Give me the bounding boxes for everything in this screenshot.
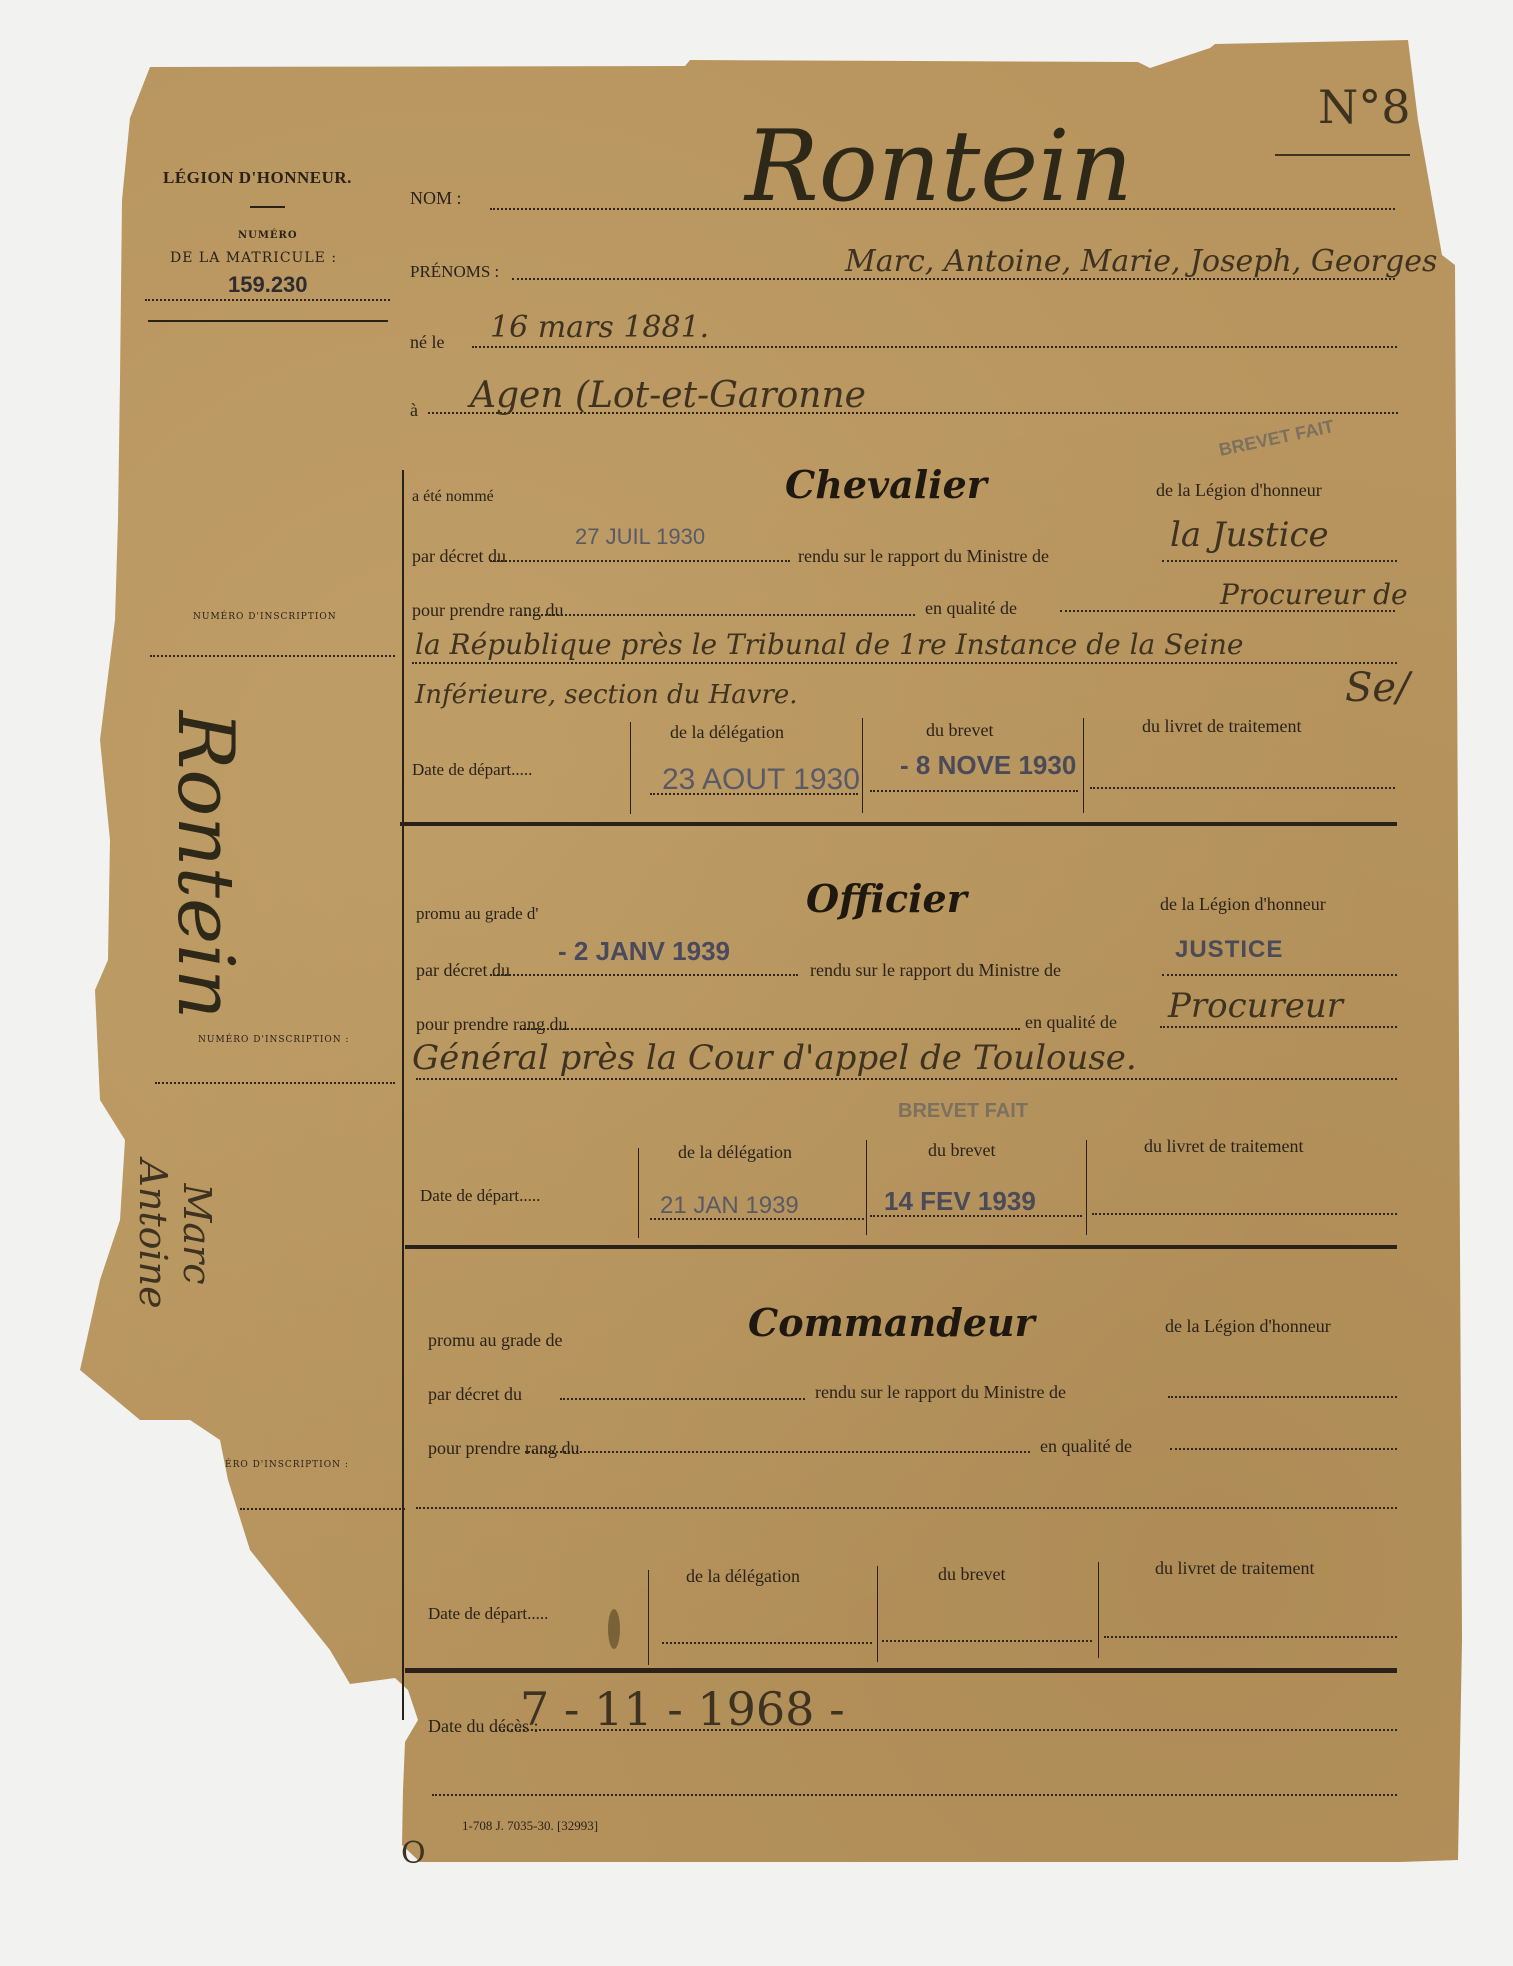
reference-mark: N°8 bbox=[1318, 80, 1411, 134]
commandeur-col-livret: du livret de traitement bbox=[1155, 1558, 1314, 1579]
matricule-label-2: DE LA MATRICULE : bbox=[170, 250, 337, 266]
commandeur-col-sep-1 bbox=[877, 1566, 878, 1662]
commandeur-grade-title: Commandeur bbox=[748, 1300, 1035, 1345]
commandeur-delegation-line[interactable] bbox=[662, 1642, 872, 1644]
chevalier-qualite-label: en qualité de bbox=[925, 598, 1017, 619]
chevalier-qualite-value[interactable]: Procureur de bbox=[1220, 578, 1408, 611]
print-reference: 1-708 J. 7035-30. [32993] bbox=[462, 1818, 598, 1834]
commandeur-suffix: de la Légion d'honneur bbox=[1165, 1316, 1331, 1337]
ne-le-value[interactable]: 16 mars 1881. bbox=[490, 310, 709, 345]
commandeur-qualite-line-2[interactable] bbox=[416, 1507, 1397, 1509]
officier-brevet-line bbox=[870, 1215, 1082, 1217]
ne-le-label: né le bbox=[410, 332, 444, 353]
prenoms-label: PRÉNOMS : bbox=[410, 262, 499, 282]
reference-underline bbox=[1275, 154, 1410, 156]
officier-decret-line bbox=[490, 974, 798, 976]
matricule-bracket-line bbox=[148, 320, 388, 322]
officier-decret-value[interactable]: - 2 JANV 1939 bbox=[558, 936, 730, 967]
commandeur-brace bbox=[648, 1570, 649, 1665]
officier-col-delegation: de la délégation bbox=[678, 1142, 792, 1163]
ne-le-line bbox=[472, 346, 1397, 348]
chevalier-col-livret: du livret de traitement bbox=[1142, 716, 1301, 737]
chevalier-grade-title: Chevalier bbox=[785, 462, 987, 507]
chevalier-intro: a été nommé bbox=[412, 488, 494, 506]
matricule-label-1: NUMÉRO bbox=[238, 230, 298, 241]
chevalier-col-delegation: de la délégation bbox=[670, 722, 784, 743]
paraph-initials: Se/ bbox=[1345, 665, 1410, 711]
chevalier-ministre-value[interactable]: la Justice bbox=[1170, 515, 1329, 555]
lieu-value[interactable]: Agen (Lot-et-Garonne bbox=[470, 375, 866, 416]
chevalier-qualite-line-2 bbox=[412, 662, 1397, 664]
officier-col-sep-2 bbox=[1086, 1140, 1087, 1235]
chevalier-decret-line bbox=[490, 560, 790, 562]
officier-col-brevet: du brevet bbox=[928, 1140, 995, 1161]
footer-mark: O bbox=[401, 1836, 426, 1871]
officier-section-divider bbox=[405, 1245, 1397, 1249]
commandeur-col-brevet: du brevet bbox=[938, 1564, 1005, 1585]
inscription-line-1 bbox=[150, 655, 395, 657]
lieu-label: à bbox=[410, 400, 418, 421]
officier-suffix: de la Légion d'honneur bbox=[1160, 894, 1326, 915]
chevalier-qualite-line3[interactable]: Inférieure, section du Havre. bbox=[415, 680, 798, 710]
officier-depart-label: Date de départ..... bbox=[420, 1186, 540, 1206]
officier-decret-label: par décret du bbox=[416, 960, 510, 981]
chevalier-rang-line bbox=[520, 614, 915, 616]
deces-value[interactable]: 7 - 11 - 1968 - bbox=[520, 1682, 845, 1736]
officier-delegation-value[interactable]: 21 JAN 1939 bbox=[660, 1192, 799, 1220]
inscription-line-2 bbox=[155, 1082, 395, 1084]
chevalier-ministre-line bbox=[1162, 560, 1397, 562]
header-divider bbox=[250, 206, 285, 208]
chevalier-ministre-label: rendu sur le rapport du Ministre de bbox=[798, 546, 1049, 567]
nom-label: NOM : bbox=[410, 188, 462, 209]
chevalier-brevet-value[interactable]: - 8 NOVE 1930 bbox=[900, 750, 1076, 781]
chevalier-decret-value[interactable]: 27 JUIL 1930 bbox=[575, 524, 705, 550]
chevalier-rang-label: pour prendre rang du bbox=[412, 600, 563, 621]
commandeur-ministre-label: rendu sur le rapport du Ministre de bbox=[815, 1382, 1066, 1403]
inscription-label-2: NUMÉRO D'INSCRIPTION : bbox=[198, 1035, 350, 1045]
officier-qualite-label: en qualité de bbox=[1025, 1012, 1117, 1033]
officier-delegation-line bbox=[650, 1218, 864, 1220]
commandeur-rang-line[interactable] bbox=[525, 1451, 1030, 1453]
chevalier-depart-label: Date de départ..... bbox=[412, 760, 532, 780]
prenoms-value[interactable]: Marc, Antoine, Marie, Joseph, Georges bbox=[845, 244, 1437, 279]
chevalier-col-sep-1 bbox=[862, 718, 863, 813]
legion-header: LÉGION D'HONNEUR. bbox=[163, 168, 352, 188]
officier-qualite-line2[interactable]: Général près la Cour d'appel de Toulouse… bbox=[412, 1038, 1137, 1078]
officier-col-livret: du livret de traitement bbox=[1144, 1136, 1303, 1157]
chevalier-decret-label: par décret du bbox=[412, 546, 506, 567]
commandeur-decret-label: par décret du bbox=[428, 1384, 522, 1405]
margin-name-vertical: Rontein bbox=[160, 700, 250, 1030]
officier-qualite-line-2 bbox=[416, 1078, 1397, 1080]
inscription-label-1: NUMÉRO D'INSCRIPTION bbox=[193, 612, 337, 622]
commandeur-ministre-line[interactable] bbox=[1168, 1396, 1397, 1398]
officier-qualite-line bbox=[1160, 1026, 1397, 1028]
inscription-line-3 bbox=[240, 1508, 405, 1510]
deces-line-2 bbox=[432, 1794, 1397, 1796]
sections-bracket bbox=[402, 470, 404, 1720]
commandeur-decret-line[interactable] bbox=[560, 1398, 805, 1400]
chevalier-delegation-value[interactable]: 23 AOUT 1930 bbox=[662, 763, 860, 797]
commandeur-livret-line[interactable] bbox=[1104, 1636, 1397, 1638]
matricule-line bbox=[145, 299, 390, 301]
officier-rang-line bbox=[520, 1028, 1020, 1030]
commandeur-section-divider bbox=[405, 1668, 1397, 1673]
officier-livret-line bbox=[1092, 1213, 1397, 1215]
officier-grade-title: Officier bbox=[806, 876, 967, 921]
chevalier-brevet-line bbox=[870, 790, 1078, 792]
margin-firstnames-vertical: Marc Antoine bbox=[131, 1104, 219, 1364]
officier-rang-label: pour prendre rang du bbox=[416, 1014, 567, 1035]
inscription-label-3: ÉRO D'INSCRIPTION : bbox=[225, 1460, 349, 1470]
officier-intro: promu au grade d' bbox=[416, 904, 539, 924]
officier-stamp: BREVET FAIT bbox=[898, 1100, 1028, 1123]
commandeur-qualite-line[interactable] bbox=[1170, 1448, 1397, 1450]
chevalier-delegation-line bbox=[650, 793, 858, 795]
commandeur-rang-label: pour prendre rang du bbox=[428, 1438, 579, 1459]
officier-col-sep-1 bbox=[866, 1140, 867, 1235]
chevalier-col-brevet: du brevet bbox=[926, 720, 993, 741]
officier-brace bbox=[638, 1148, 639, 1238]
officier-brevet-value[interactable]: 14 FEV 1939 bbox=[884, 1186, 1036, 1217]
commandeur-qualite-label: en qualité de bbox=[1040, 1436, 1132, 1457]
chevalier-qualite-line2[interactable]: la République près le Tribunal de 1re In… bbox=[415, 628, 1243, 661]
commandeur-col-delegation: de la délégation bbox=[686, 1566, 800, 1587]
chevalier-col-sep-2 bbox=[1083, 718, 1084, 813]
chevalier-section-divider bbox=[400, 822, 1397, 826]
commandeur-depart-label: Date de départ..... bbox=[428, 1604, 548, 1624]
officier-ministre-value[interactable]: JUSTICE bbox=[1175, 936, 1283, 964]
ink-blot bbox=[608, 1609, 620, 1649]
chevalier-livret-line bbox=[1090, 787, 1395, 789]
commandeur-brevet-line[interactable] bbox=[882, 1640, 1092, 1642]
matricule-value: 159.230 bbox=[228, 272, 308, 298]
officier-ministre-line bbox=[1162, 974, 1397, 976]
officier-qualite-value[interactable]: Procureur bbox=[1168, 986, 1343, 1026]
chevalier-brace bbox=[630, 722, 631, 814]
chevalier-suffix: de la Légion d'honneur bbox=[1156, 480, 1322, 501]
officier-ministre-label: rendu sur le rapport du Ministre de bbox=[810, 960, 1061, 981]
commandeur-intro: promu au grade de bbox=[428, 1330, 562, 1351]
nom-value[interactable]: Rontein bbox=[745, 110, 1133, 224]
commandeur-col-sep-2 bbox=[1098, 1562, 1099, 1658]
